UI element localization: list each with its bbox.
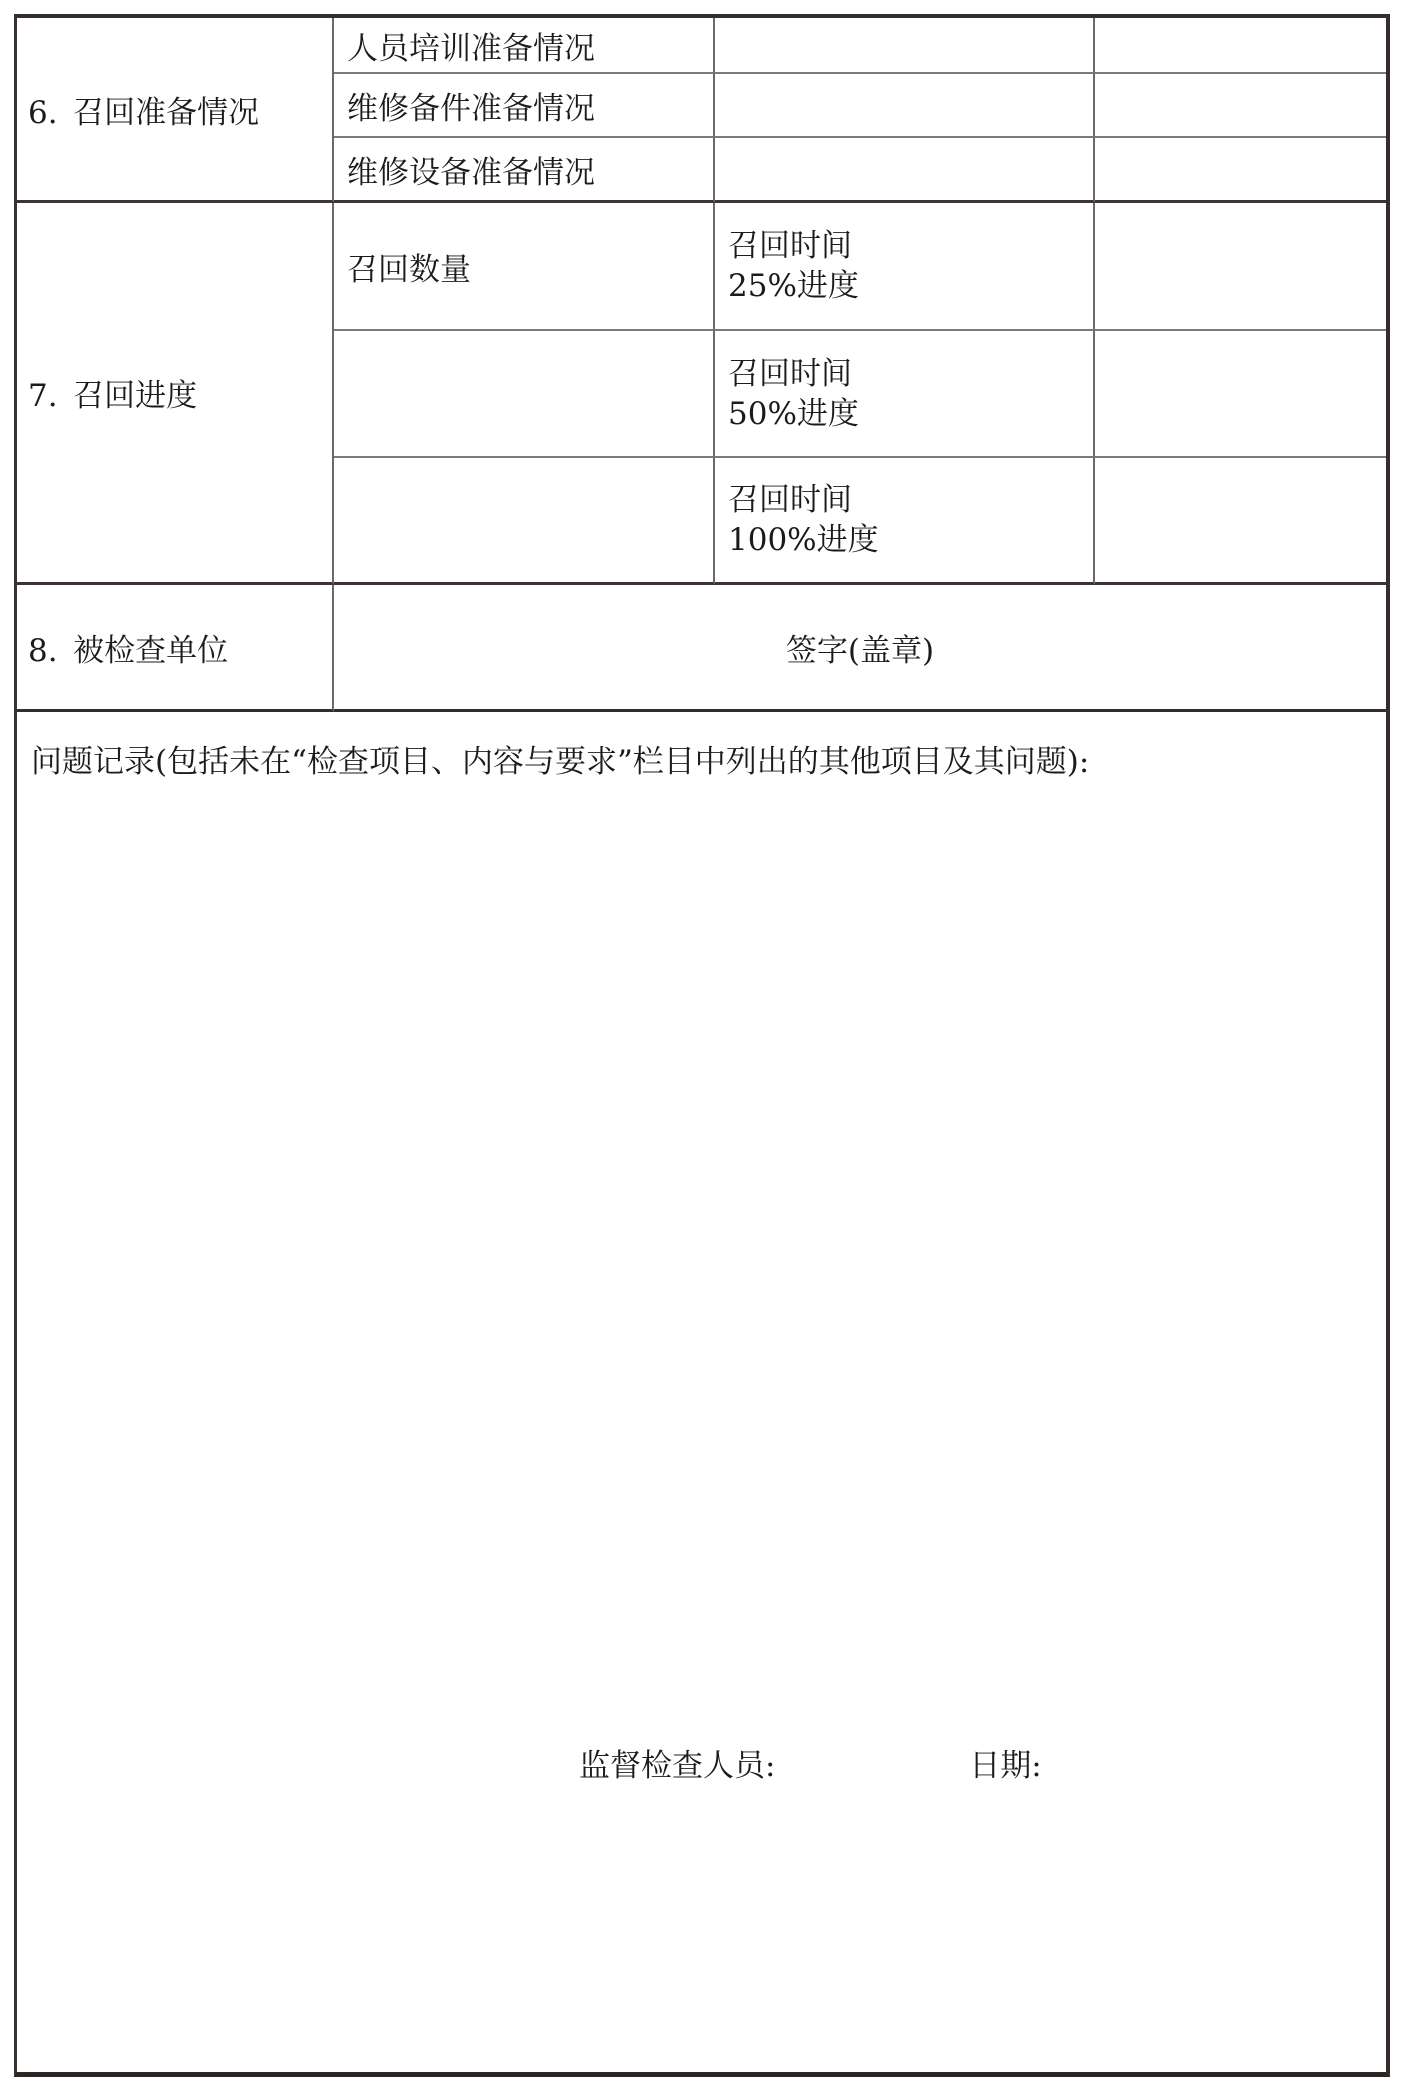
item6-label-cell: 6. 召回准备情况 (17, 18, 334, 203)
item7-milestone-50-label: 召回时间 50%进度 (728, 354, 859, 434)
item7-quantity-cell: 召回数量 (334, 203, 715, 331)
item6-sub1-result-cell (1095, 18, 1386, 74)
item6-sub2-content-cell (715, 74, 1095, 138)
item7-quantity-empty-cell-1 (334, 331, 715, 458)
recall-inspection-form-table: 6. 召回准备情况 人员培训准备情况 维修备件准备情况 维修设备准备情况 7. … (14, 14, 1390, 2077)
item8-label: 8. 被检查单位 (28, 625, 228, 670)
item6-sub2-result-cell (1095, 74, 1386, 138)
inspector-signature-line: 监督检查人员: 日期: (579, 1740, 1042, 1785)
item6-sub3-label-cell: 维修设备准备情况 (334, 138, 715, 203)
item6-sub3-result-cell (1095, 138, 1386, 203)
item8-label-cell: 8. 被检查单位 (17, 585, 334, 712)
item7-milestone-100-label: 召回时间 100%进度 (728, 480, 879, 560)
item6-sub3-label: 维修设备准备情况 (347, 147, 595, 192)
item6-label: 6. 召回准备情况 (28, 87, 259, 132)
inspector-label: 监督检查人员: (579, 1748, 775, 1784)
item7-milestone-50-result-cell (1095, 331, 1386, 458)
item6-sub3-content-cell (715, 138, 1095, 203)
form-grid: 6. 召回准备情况 人员培训准备情况 维修备件准备情况 维修设备准备情况 7. … (17, 18, 1386, 2072)
item6-sub1-label: 人员培训准备情况 (347, 23, 595, 68)
item7-milestone-100-cell: 召回时间 100%进度 (715, 458, 1095, 585)
item7-quantity-empty-cell-2 (334, 458, 715, 585)
item8-signature-label: 签字(盖章) (786, 625, 934, 670)
item6-sub1-content-cell (715, 18, 1095, 74)
item6-sub2-label: 维修备件准备情况 (347, 83, 595, 128)
problem-record-cell: 问题记录(包括未在“检查项目、内容与要求”栏目中列出的其他项目及其问题): 监督… (17, 712, 1386, 2072)
item7-milestone-25-cell: 召回时间 25%进度 (715, 203, 1095, 331)
item7-milestone-100-result-cell (1095, 458, 1386, 585)
item7-milestone-50-cell: 召回时间 50%进度 (715, 331, 1095, 458)
item8-signature-cell: 签字(盖章) (334, 585, 1386, 712)
problem-record-title: 问题记录(包括未在“检查项目、内容与要求”栏目中列出的其他项目及其问题): (31, 742, 1366, 782)
item7-label: 7. 召回进度 (28, 370, 197, 415)
item7-label-cell: 7. 召回进度 (17, 203, 334, 585)
item6-sub1-label-cell: 人员培训准备情况 (334, 18, 715, 74)
item7-quantity-label: 召回数量 (347, 244, 471, 289)
item7-milestone-25-label: 召回时间 25%进度 (728, 226, 859, 306)
item6-sub2-label-cell: 维修备件准备情况 (334, 74, 715, 138)
date-label: 日期: (969, 1748, 1041, 1784)
item7-milestone-25-result-cell (1095, 203, 1386, 331)
